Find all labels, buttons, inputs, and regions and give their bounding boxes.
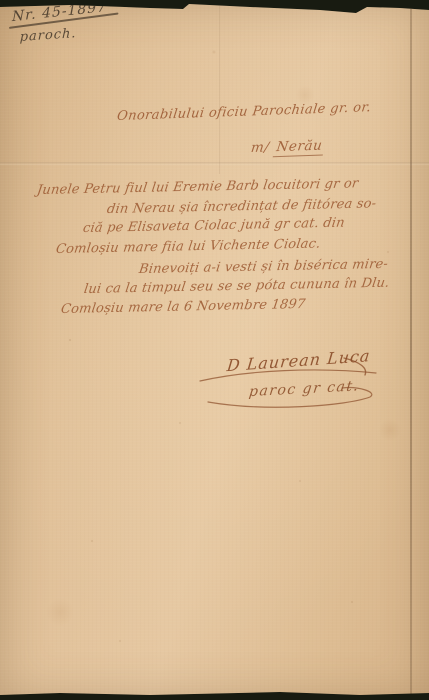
body-line: Binevoiți a-i vesti și în bisérica mire- (138, 257, 389, 277)
place-line: m/ Nerău (250, 137, 325, 156)
paper-right-edge (410, 7, 412, 694)
vertical-fold-crease (219, 6, 220, 174)
body-line: ciă pe Elisaveta Ciolac jună gr cat. din (82, 216, 346, 237)
document-page: Nr. 45-1897 paroch. Onorabilului oficiu … (0, 0, 429, 700)
registry-label: paroch. (19, 26, 76, 45)
place-name: Nerău (273, 137, 325, 157)
horizontal-fold-crease (0, 162, 429, 165)
body-line: lui ca la timpul seu se se póta cununa î… (83, 276, 390, 297)
body-line: Comloșiu mare fiia lui Vichente Ciolac. (55, 236, 322, 257)
body-line: Junele Petru fiul lui Eremie Barb locuit… (36, 176, 359, 198)
registry-number: Nr. 45-1897 (12, 0, 107, 25)
addressee-line: Onorabilului oficiu Parochiale gr. or. (116, 100, 372, 124)
body-paragraph: Junele Petru fiul lui Eremie Barb locuit… (0, 175, 429, 330)
place-prefix: m/ (250, 139, 271, 156)
body-line: din Nerau șia încredințat de fiitórea so… (106, 196, 377, 217)
signature-flourish (196, 348, 382, 418)
body-line: Comloșiu mare la 6 Novembre 1897 (60, 297, 306, 317)
